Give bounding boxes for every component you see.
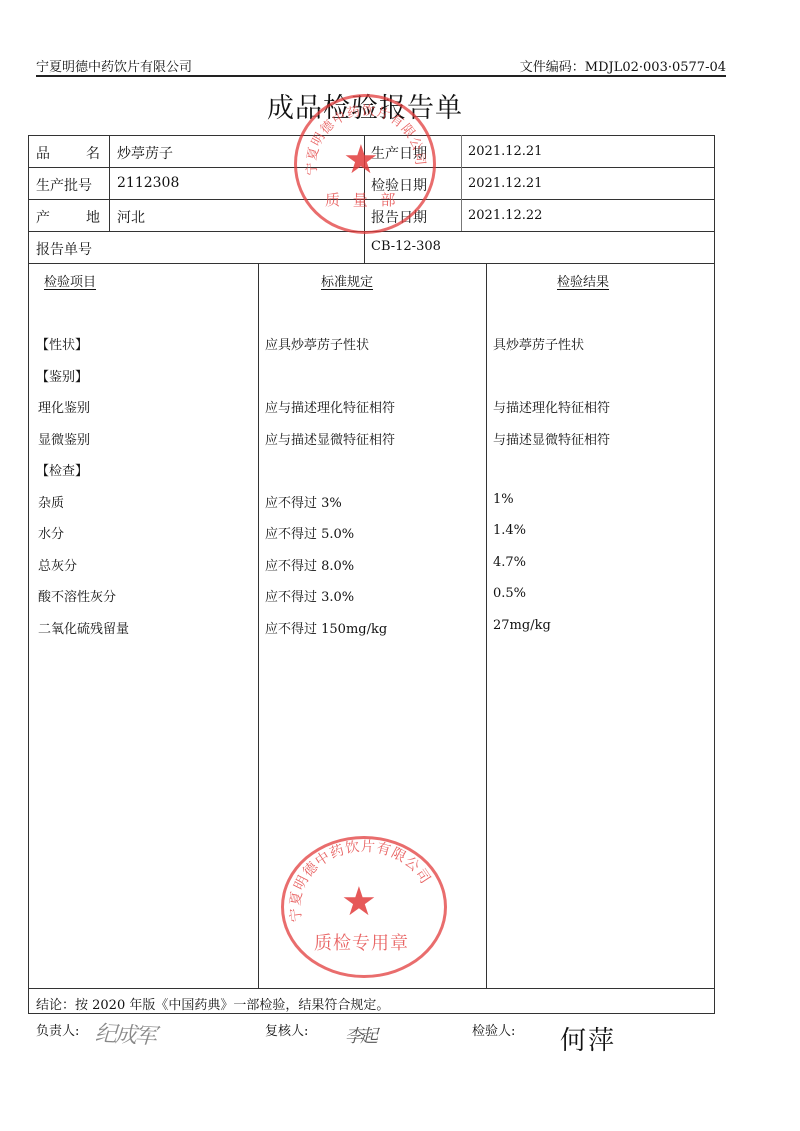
test-item: 水分 (38, 523, 64, 542)
col-divider (109, 135, 110, 231)
product-name-value: 炒葶苈子 (117, 143, 173, 163)
responsible-label: 负责人: (36, 1020, 79, 1039)
test-result: 与描述显微特征相符 (493, 429, 610, 448)
test-result: 1.4% (493, 523, 526, 538)
col-divider (461, 135, 462, 231)
row-divider (28, 988, 714, 989)
conclusion-text: 结论：按 2020 年版《中国药典》一部检验，结果符合规定。 (36, 994, 389, 1013)
reviewer-label: 复核人: (265, 1020, 308, 1039)
test-item: 【检查】 (36, 460, 88, 479)
test-result: 1% (493, 492, 514, 507)
test-standard: 应与描述理化特征相符 (265, 397, 395, 416)
reviewer-signature: 李起 (345, 1022, 375, 1048)
test-standard: 应不得过 8.0% (265, 555, 354, 574)
test-item: 杂质 (38, 492, 64, 511)
test-result: 0.5% (493, 586, 526, 601)
stamp-sub-text: 质检专用章 (314, 929, 409, 955)
origin-label: 产地 (36, 207, 100, 227)
test-standard: 应不得过 150mg/kg (265, 618, 387, 637)
batch-label: 生产批号 (36, 175, 92, 195)
origin-value: 河北 (117, 207, 145, 227)
column-header-result: 检验结果 (557, 271, 609, 290)
table-border-left (28, 135, 29, 1013)
test-standard: 应不得过 5.0% (265, 523, 354, 542)
test-item: 酸不溶性灰分 (38, 586, 116, 605)
test-result: 与描述理化特征相符 (493, 397, 610, 416)
test-result: 27mg/kg (493, 618, 551, 633)
column-header-standard: 标准规定 (321, 271, 373, 290)
test-item: 【性状】 (36, 334, 88, 353)
inspector-signature: 何萍 (560, 1020, 616, 1057)
star-icon: ★ (343, 137, 379, 183)
test-standard: 应具炒葶苈子性状 (265, 334, 369, 353)
inspector-label: 检验人: (472, 1020, 515, 1039)
star-icon: ★ (341, 879, 377, 925)
report-date-value: 2021.12.22 (468, 208, 542, 223)
report-no-label: 报告单号 (36, 239, 92, 259)
test-item: 【鉴别】 (36, 366, 88, 385)
stamp-sub-text: 质 量 部 (325, 189, 400, 210)
product-name-label: 品名 (36, 143, 100, 163)
row-divider (28, 263, 714, 264)
table-border-right (714, 135, 715, 1013)
test-standard: 应与描述显微特征相符 (265, 429, 395, 448)
test-date-value: 2021.12.21 (468, 176, 542, 191)
table-border-bottom (28, 1013, 715, 1014)
batch-value: 2112308 (117, 175, 179, 191)
col-divider (258, 263, 259, 988)
document-code: 文件编码：MDJL02·003·0577-04 (520, 56, 726, 75)
test-item: 二氧化硫残留量 (38, 618, 129, 637)
responsible-signature: 纪成军 (94, 1016, 156, 1050)
header-divider (36, 75, 726, 77)
column-header-item: 检验项目 (44, 271, 96, 290)
test-item: 总灰分 (38, 555, 77, 574)
test-result: 具炒葶苈子性状 (493, 334, 584, 353)
test-standard: 应不得过 3.0% (265, 586, 354, 605)
test-standard: 应不得过 3% (265, 492, 342, 511)
quality-department-stamp: 宁夏明德中药饮片有限公司 ★ 质 量 部 (294, 94, 436, 234)
test-item: 理化鉴别 (38, 397, 90, 416)
company-name: 宁夏明德中药饮片有限公司 (36, 56, 192, 75)
test-result: 4.7% (493, 555, 526, 570)
quality-inspection-stamp: 宁夏明德中药饮片有限公司 ★ 质检专用章 (281, 836, 447, 978)
report-no-value: CB-12-308 (371, 239, 441, 254)
test-item: 显微鉴别 (38, 429, 90, 448)
prod-date-value: 2021.12.21 (468, 144, 542, 159)
col-divider (486, 263, 487, 988)
